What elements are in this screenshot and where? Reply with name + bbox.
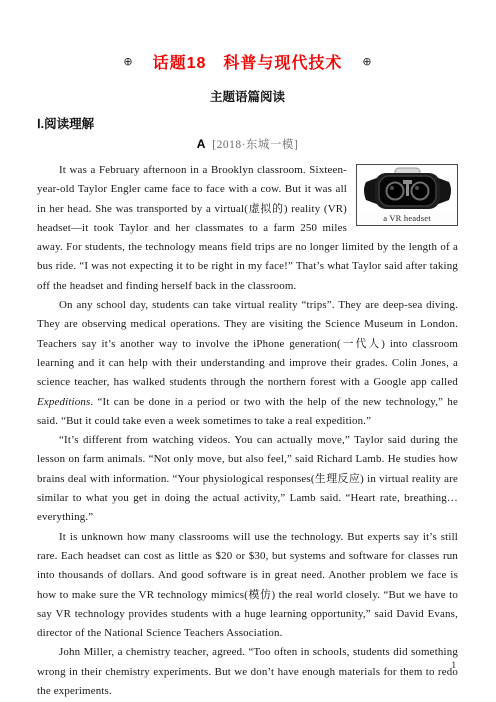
paragraph-4-text: It is unknown how many classrooms will u… — [37, 531, 458, 639]
vr-headset-image — [360, 167, 455, 213]
passage-source-row: A [2018·东城一模] — [37, 137, 458, 153]
paragraph-3: “It’s different from watching videos. Yo… — [37, 431, 458, 527]
theme-reading-subtitle: 主题语篇阅读 — [37, 87, 458, 105]
paragraph-2-app-name-italic: Expeditions — [37, 396, 90, 408]
anchor-right-icon: ⊕ — [362, 55, 371, 68]
page-number: 1 — [452, 660, 457, 670]
document-page: ⊕ 话题18 科普与现代技术 ⊕ 主题语篇阅读 Ⅰ.阅读理解 A [2018·东… — [0, 0, 496, 702]
passage-letter-label: A — [197, 137, 206, 151]
paragraph-2: On any school day, students can take vir… — [37, 296, 458, 431]
vr-headset-figure: a VR headset — [356, 164, 458, 226]
paragraph-1: a VR headset It was a February afternoon… — [37, 161, 458, 296]
figure-caption: a VR headset — [359, 213, 455, 224]
page-title-row: ⊕ 话题18 科普与现代技术 ⊕ — [37, 50, 458, 73]
reading-passage: a VR headset It was a February afternoon… — [37, 161, 458, 701]
anchor-left-icon: ⊕ — [123, 55, 132, 68]
section-heading-reading-comprehension: Ⅰ.阅读理解 — [37, 114, 458, 132]
page-title: 话题18 科普与现代技术 — [153, 50, 343, 73]
paragraph-3-text: “It’s different from watching videos. Yo… — [37, 434, 458, 523]
paragraph-2-text-a: On any school day, students can take vir… — [37, 299, 458, 388]
paragraph-4: It is unknown how many classrooms will u… — [37, 528, 458, 644]
passage-source-tag: [2018·东城一模] — [212, 139, 298, 151]
paragraph-5-text: John Miller, a chemistry teacher, agreed… — [37, 646, 458, 697]
paragraph-2-text-b: . “It can be done in a period or two wit… — [37, 396, 458, 427]
paragraph-5: John Miller, a chemistry teacher, agreed… — [37, 643, 458, 701]
